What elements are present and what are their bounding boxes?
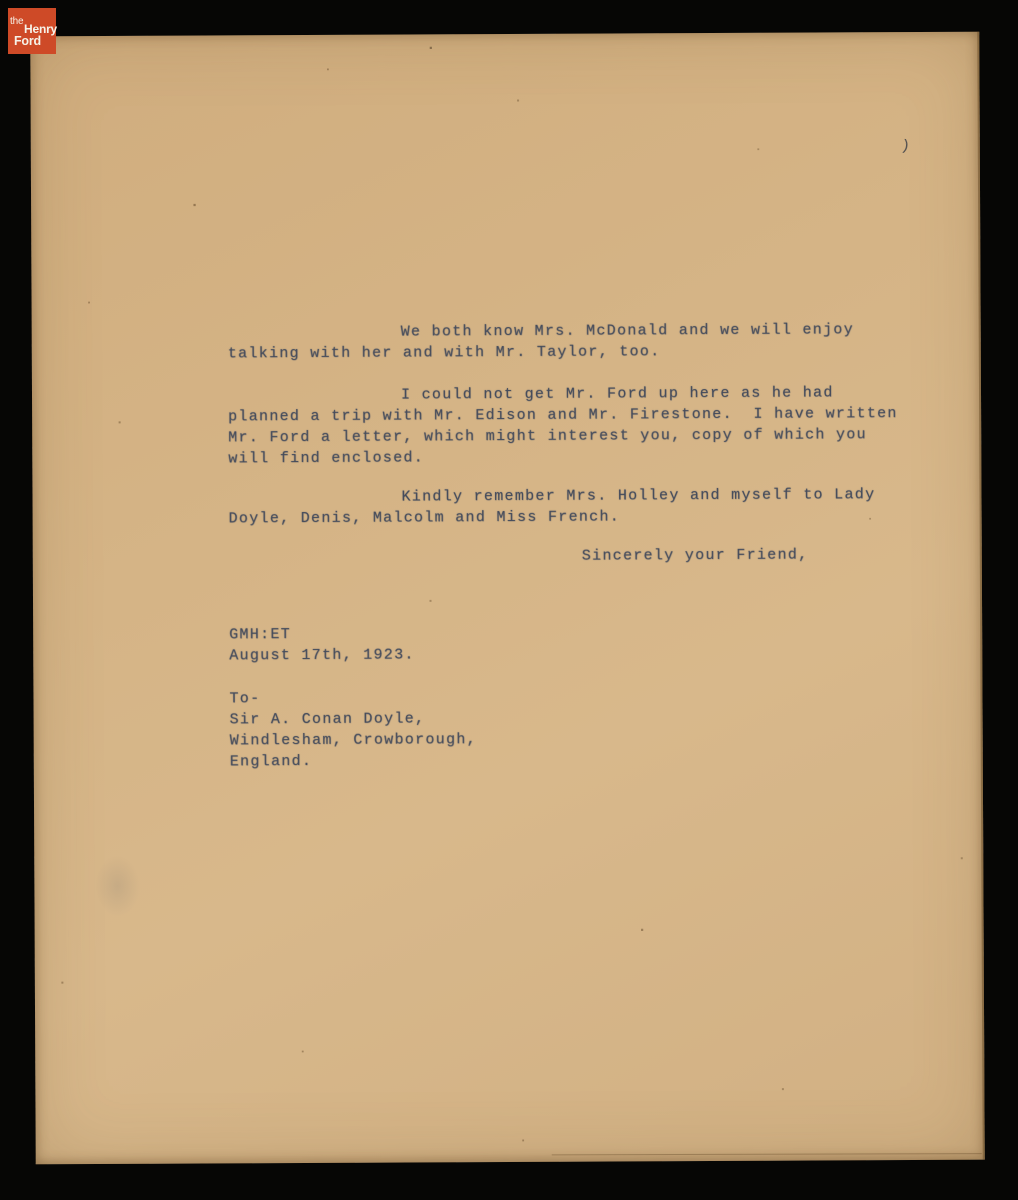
recipient-line: Sir A. Conan Doyle,	[230, 708, 477, 730]
paragraph-1: We both know Mrs. McDonald and we will e…	[228, 319, 854, 364]
paragraph-2: I could not get Mr. Ford up here as he h…	[228, 382, 898, 469]
letter-line: talking with her and with Mr. Taylor, to…	[228, 340, 854, 364]
typewritten-text: We both know Mrs. McDonald and we will e…	[226, 32, 952, 1164]
letter-line: Sincerely your Friend,	[582, 545, 809, 567]
logo-word-ford: Ford	[14, 35, 41, 48]
closing-line: Sincerely your Friend,	[229, 545, 809, 569]
henry-ford-logo: the Henry Ford	[8, 8, 56, 54]
paragraph-3: Kindly remember Mrs. Holley and myself t…	[228, 484, 875, 529]
letter-line: We both know Mrs. McDonald and we will e…	[228, 319, 854, 343]
ink-smudge	[86, 844, 148, 928]
recipient-line: To-	[229, 687, 476, 709]
letter-line: will find enclosed.	[228, 445, 898, 469]
recipient-line: Windlesham, Crowborough,	[230, 729, 477, 751]
reference-and-date: GMH:ET August 17th, 1923.	[229, 623, 415, 666]
recipient-line: England.	[230, 750, 477, 772]
reference-initials: GMH:ET	[229, 623, 415, 645]
letter-line: Mr. Ford a letter, which might interest …	[228, 424, 898, 448]
letter-line: Kindly remember Mrs. Holley and myself t…	[228, 484, 875, 508]
letter-line: Doyle, Denis, Malcolm and Miss French.	[229, 505, 876, 529]
logo-word-the: the	[10, 17, 23, 27]
viewer-background: { "colors": { "background": "#060605", "…	[0, 0, 1018, 1200]
recipient-address: To- Sir A. Conan Doyle, Windlesham, Crow…	[229, 687, 477, 772]
letter-date: August 17th, 1923.	[229, 644, 415, 666]
letter-paper: ) We both know Mrs. McDonald and we will…	[30, 32, 985, 1165]
